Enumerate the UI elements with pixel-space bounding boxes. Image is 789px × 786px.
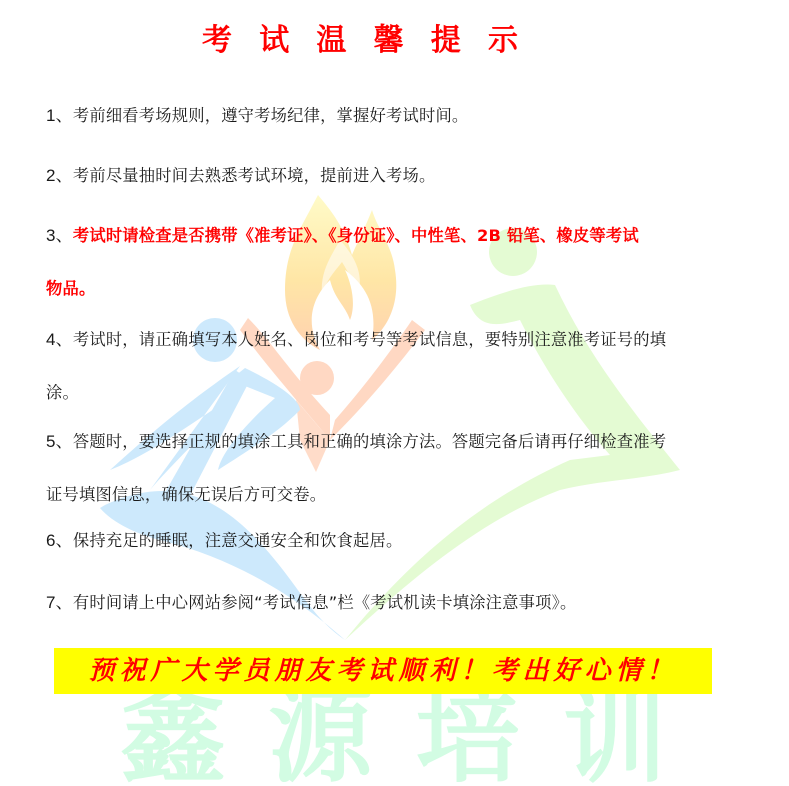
watermark-brand-text: 鑫 源 培 训 bbox=[104, 686, 684, 786]
tip-text: 保持充足的睡眠，注意交通安全和饮食起居。 bbox=[73, 531, 403, 550]
title-char: 馨 bbox=[374, 18, 404, 64]
tip-item-3: 3、考试时请检查是否携带《准考证》、《身份证》、中性笔、2B 铅笔、橡皮等考试 … bbox=[46, 209, 756, 315]
tip-text-continued: 物品。 bbox=[46, 279, 95, 298]
tip-text: 考试时，请正确填写本人姓名、岗位和考号等考试信息，要特别注意准考证号的填 bbox=[73, 330, 666, 349]
tip-number: 3、 bbox=[46, 226, 73, 245]
tip-item-4: 4、考试时，请正确填写本人姓名、岗位和考号等考试信息，要特别注意准考证号的填 涂… bbox=[46, 313, 756, 419]
watermark-char: 鑫 bbox=[104, 686, 242, 786]
tip-text: 考前尽量抽时间去熟悉考试环境，提前进入考场。 bbox=[73, 166, 436, 185]
tip-text: 答题时，要选择正规的填涂工具和正确的填涂方法。答题完备后请再仔细检查准考 bbox=[73, 432, 666, 451]
tip-item-5: 5、答题时，要选择正规的填涂工具和正确的填涂方法。答题完备后请再仔细检查准考 证… bbox=[46, 415, 756, 521]
watermark-char: 源 bbox=[251, 686, 389, 786]
tip-item-1: 1、考前细看考场规则，遵守考场纪律，掌握好考试时间。 bbox=[46, 89, 756, 142]
title-char: 温 bbox=[316, 18, 346, 64]
tip-text: 有时间请上中心网站参阅“考试信息”栏《考试机读卡填涂注意事项》。 bbox=[73, 593, 577, 612]
tip-number: 4、 bbox=[46, 330, 73, 349]
watermark-char: 训 bbox=[546, 686, 684, 786]
tip-number: 5、 bbox=[46, 432, 73, 451]
title-char: 示 bbox=[488, 18, 518, 64]
title-char: 试 bbox=[259, 18, 289, 64]
tip-text: 考试时请检查是否携带《准考证》、《身份证》、中性笔、2B 铅笔、橡皮等考试 bbox=[73, 226, 639, 245]
tip-text-continued: 证号填图信息，确保无误后方可交卷。 bbox=[46, 485, 326, 504]
tip-text-continued: 涂。 bbox=[46, 383, 79, 402]
tip-text: 考前细看考场规则，遵守考场纪律，掌握好考试时间。 bbox=[73, 106, 469, 125]
tip-number: 7、 bbox=[46, 593, 73, 612]
watermark-char: 培 bbox=[399, 686, 537, 786]
title-char: 提 bbox=[431, 18, 461, 64]
title-char: 考 bbox=[202, 18, 232, 64]
tip-item-7: 7、有时间请上中心网站参阅“考试信息”栏《考试机读卡填涂注意事项》。 bbox=[46, 576, 756, 629]
tip-item-2: 2、考前尽量抽时间去熟悉考试环境，提前进入考场。 bbox=[46, 149, 756, 202]
tip-number: 1、 bbox=[46, 106, 73, 125]
tip-number: 2、 bbox=[46, 166, 73, 185]
tip-number: 6、 bbox=[46, 531, 73, 550]
good-luck-banner: 预祝广大学员朋友考试顺利！考出好心情！ bbox=[54, 648, 712, 694]
page-title: 考 试 温 馨 提 示 bbox=[180, 18, 540, 64]
tip-item-6: 6、保持充足的睡眠，注意交通安全和饮食起居。 bbox=[46, 514, 756, 567]
